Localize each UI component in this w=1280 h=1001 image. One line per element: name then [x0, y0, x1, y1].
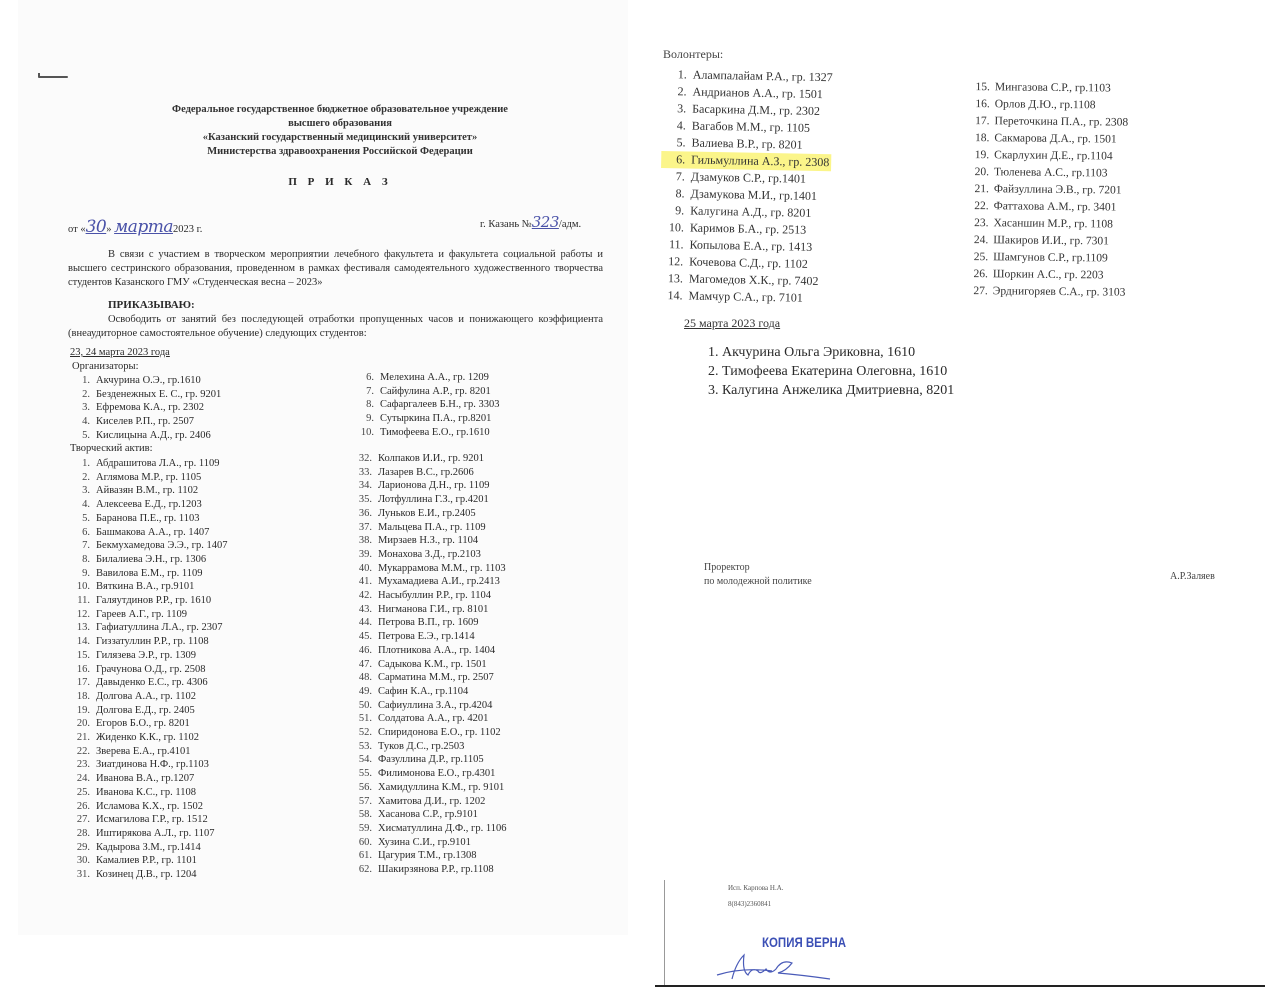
item-number: 14.	[658, 287, 688, 305]
order-title: П Р И К А З	[60, 176, 620, 188]
item-text: Фазуллина Д.Р., гр.1105	[378, 754, 484, 765]
item-text: Мелехина А.А., гр. 1209	[380, 372, 489, 383]
item-text: Андрианов А.А., гр. 1501	[692, 85, 823, 101]
list-item: 26.Исламова К.Х., гр. 1502	[68, 800, 228, 814]
list-item: 36.Луньков Е.И., гр.2405	[350, 507, 506, 521]
organizers-list-2: 6.Мелехина А.А., гр. 12097.Сайфулина А.Р…	[352, 371, 500, 440]
list-item: 45.Петрова Е.Э., гр.1414	[350, 630, 506, 644]
item-text: Хамитова Д.И., гр. 1202	[378, 796, 485, 807]
organizers-list-1: 1.Акчурина О.Э., гр.16102.Безденежных Е.…	[68, 374, 221, 443]
item-number: 46.	[350, 644, 378, 658]
list-item: 21.Файзуллина Э.В., гр. 7201	[967, 181, 1128, 200]
item-text: Копылова Е.А., гр. 1413	[689, 238, 812, 254]
item-text: Киселев Р.П., гр. 2507	[96, 416, 194, 427]
list-item: 32.Колпаков И.И., гр. 9201	[350, 452, 506, 466]
command-heading: ПРИКАЗЫВАЮ:	[108, 299, 195, 311]
item-number: 20.	[967, 164, 994, 181]
item-text: Мальцева П.А., гр. 1109	[378, 522, 486, 533]
item-number: 7.	[352, 385, 380, 399]
item-text: Петрова В.П., гр. 1609	[378, 617, 478, 628]
list-item: 8.Сафаргалеев Б.Н., гр. 3303	[352, 398, 500, 412]
item-text: Камалиев Р.Р., гр. 1101	[96, 855, 197, 866]
item-number: 10.	[660, 219, 690, 237]
item-text: Исламова К.Х., гр. 1502	[96, 801, 203, 812]
item-number: 10.	[68, 580, 96, 594]
item-number: 59.	[350, 822, 378, 836]
item-number: 21.	[68, 731, 96, 745]
date-prefix: от «	[68, 224, 86, 235]
list-item: 22.Фаттахова А.М., гр. 3401	[967, 198, 1128, 217]
item-text: Мирзаев Н.З., гр. 1104	[378, 535, 478, 546]
list-item: 17.Переточкина П.А., гр. 2308	[967, 113, 1128, 132]
item-number: 18.	[68, 690, 96, 704]
dates-23-24-march: 23, 24 марта 2023 года	[70, 347, 170, 358]
item-number: 24.	[966, 232, 993, 249]
list-item: 23.Хасаншин М.Р., гр. 1108	[966, 215, 1127, 234]
item-text: Егоров Б.О., гр. 8201	[96, 718, 190, 729]
list-item: 61.Цагурия Т.М., гр.1308	[350, 849, 506, 863]
item-text: Лазарев В.С., гр.2606	[378, 467, 474, 478]
item-number: 53.	[350, 740, 378, 754]
list-item: 2.Аглямова М.Р., гр. 1105	[68, 471, 228, 485]
item-number: 5.	[68, 429, 96, 443]
item-text: Хасанова С.Р., гр.9101	[378, 809, 478, 820]
list-item: 39.Монахова З.Д., гр.2103	[350, 548, 506, 562]
march-25-list: 1. Акчурина Ольга Эриковна, 16102. Тимоф…	[708, 343, 954, 400]
item-number: 9.	[660, 202, 690, 220]
intro-paragraph: В связи с участием в творческом мероприя…	[68, 248, 603, 290]
item-text: Сафаргалеев Б.Н., гр. 3303	[380, 399, 500, 410]
item-text: Гильмуллина А.З., гр. 2308	[691, 153, 829, 170]
signatory-name: А.Р.Заляев	[1170, 571, 1215, 582]
list-item: 18.Долгова А.А., гр. 1102	[68, 690, 228, 704]
item-text: Дзамуков С.Р., гр.1401	[691, 170, 806, 186]
list-item: 54.Фазуллина Д.Р., гр.1105	[350, 753, 506, 767]
item-number: 61.	[350, 849, 378, 863]
item-number: 32.	[350, 452, 378, 466]
item-number: 8.	[68, 553, 96, 567]
item-number: 47.	[350, 658, 378, 672]
item-text: Акчурина О.Э., гр.1610	[96, 375, 201, 386]
item-text: Давыденко Е.С., гр. 4306	[96, 677, 208, 688]
list-item: 56.Хамидуллина К.М., гр. 9101	[350, 781, 506, 795]
list-item: 34.Ларионова Д.Н., гр. 1109	[350, 479, 506, 493]
item-text: Солдатова А.А., гр. 4201	[378, 713, 488, 724]
item-number: 8.	[660, 185, 690, 203]
item-text: Вавилова Е.М., гр. 1109	[96, 568, 203, 579]
list-item: 2.Безденежных Е. С., гр. 9201	[68, 388, 221, 402]
item-number: 1.	[663, 66, 693, 84]
list-item: 6.Мелехина А.А., гр. 1209	[352, 371, 500, 385]
order-number-handwritten: 323	[532, 213, 559, 231]
item-text: Филимонова Е.О., гр.4301	[378, 768, 495, 779]
item-number: 12.	[68, 608, 96, 622]
item-number: 24.	[68, 772, 96, 786]
item-text: Башмакова А.А., гр. 1407	[96, 527, 209, 538]
executor: Исп. Карпова Н.А.	[728, 884, 784, 892]
list-item: 19.Долгова Е.Д., гр. 2405	[68, 704, 228, 718]
list-item: 59.Хисматуллина Д.Ф., гр. 1106	[350, 822, 506, 836]
list-item: 24.Шакиров И.И., гр. 7301	[966, 232, 1127, 251]
page-edge	[664, 880, 665, 985]
item-number: 29.	[68, 841, 96, 855]
item-text: Вагабов М.М., гр. 1105	[692, 119, 810, 135]
item-number: 25.	[68, 786, 96, 800]
item-number: 33.	[350, 466, 378, 480]
date-day-handwritten: 30	[86, 217, 107, 237]
list-item: 8.Билалиева Э.Н., гр. 1306	[68, 553, 228, 567]
item-number: 25.	[966, 249, 993, 266]
page-bottom-edge	[655, 985, 1265, 987]
item-text: Галяутдинов Р.Р., гр. 1610	[96, 595, 211, 606]
item-text: Насыбуллин Р.Р., гр. 1104	[378, 590, 491, 601]
item-number: 30.	[68, 854, 96, 868]
item-number: 52.	[350, 726, 378, 740]
item-number: 2.	[68, 471, 96, 485]
item-number: 55.	[350, 767, 378, 781]
list-item: 49.Сафин К.А., гр.1104	[350, 685, 506, 699]
list-item: 43.Нигманова Г.И., гр. 8101	[350, 603, 506, 617]
list-item: 37.Мальцева П.А., гр. 1109	[350, 521, 506, 535]
item-text: Зверева Е.А., гр.4101	[96, 746, 191, 757]
item-number: 40.	[350, 562, 378, 576]
item-text: Иванова К.С., гр. 1108	[96, 787, 196, 798]
item-text: Алексеева Е.Д., гр.1203	[96, 499, 202, 510]
list-item: 1. Акчурина Ольга Эриковна, 1610	[708, 343, 954, 362]
item-number: 3.	[68, 401, 96, 415]
release-paragraph: Освободить от занятий без последующей от…	[68, 313, 603, 341]
item-text: Сутыркина П.А., гр.8201	[380, 413, 491, 424]
list-item: 62.Шакирзянова Р.Р., гр.1108	[350, 863, 506, 877]
item-number: 7.	[68, 539, 96, 553]
list-item: 22.Зверева Е.А., гр.4101	[68, 745, 228, 759]
volunteers-list-1: 1.Алампалайам Р.А., гр. 13272.Андрианов …	[658, 66, 832, 307]
item-text: Кадырова З.М., гр.1414	[96, 842, 201, 853]
item-number: 23.	[68, 758, 96, 772]
list-item: 57.Хамитова Д.И., гр. 1202	[350, 795, 506, 809]
item-text: Иштирякова А.Л., гр. 1107	[96, 828, 215, 839]
item-text: Скарлухин Д.Е., гр.1104	[994, 149, 1113, 162]
item-text: Вяткина В.А., гр.9101	[96, 581, 194, 592]
item-number: 51.	[350, 712, 378, 726]
item-number: 19.	[967, 147, 994, 164]
item-text: Билалиева Э.Н., гр. 1306	[96, 554, 206, 565]
item-number: 3.	[662, 100, 692, 118]
item-text: Мукаррамова М.М., гр. 1103	[378, 563, 506, 574]
item-text: Хисматуллина Д.Ф., гр. 1106	[378, 823, 506, 834]
item-text: Орлов Д.Ю., гр.1108	[995, 98, 1096, 111]
list-item: 30.Камалиев Р.Р., гр. 1101	[68, 854, 228, 868]
item-number: 27.	[966, 283, 993, 300]
list-item: 3. Калугина Анжелика Дмитриевна, 8201	[708, 381, 954, 400]
item-number: 45.	[350, 630, 378, 644]
item-text: Долгова А.А., гр. 1102	[96, 691, 196, 702]
item-text: Сафин К.А., гр.1104	[378, 686, 468, 697]
list-item: 55.Филимонова Е.О., гр.4301	[350, 767, 506, 781]
item-number: 12.	[659, 253, 689, 271]
item-text: Тимофеева Е.О., гр.1610	[380, 427, 490, 438]
item-number: 6.	[68, 526, 96, 540]
item-number: 60.	[350, 836, 378, 850]
list-item: 27.Исмагилова Г.Р., гр. 1512	[68, 813, 228, 827]
item-text: Мамчур С.А., гр. 7101	[688, 289, 802, 305]
item-text: Шоркин А.С., гр. 2203	[993, 268, 1104, 281]
item-number: 4.	[68, 415, 96, 429]
item-text: Садыкова К.М., гр. 1501	[378, 659, 487, 670]
list-item: 18.Сакмарова Д.А., гр. 1501	[967, 130, 1128, 149]
item-text: Абдрашитова Л.А., гр. 1109	[96, 458, 220, 469]
item-text: Шакирзянова Р.Р., гр.1108	[378, 864, 494, 875]
item-number: 54.	[350, 753, 378, 767]
list-item: 9.Сутыркина П.А., гр.8201	[352, 412, 500, 426]
item-number: 56.	[350, 781, 378, 795]
list-item: 5.Кислицына А.Д., гр. 2406	[68, 429, 221, 443]
item-text: Безденежных Е. С., гр. 9201	[96, 389, 221, 400]
item-text: Сафиуллина З.А., гр.4204	[378, 700, 492, 711]
item-text: Мухамадиева А.И., гр.2413	[378, 576, 500, 587]
creative-list-1: 1.Абдрашитова Л.А., гр. 11092.Аглямова М…	[68, 457, 228, 882]
item-number: 48.	[350, 671, 378, 685]
list-item: 26.Шоркин А.С., гр. 2203	[966, 266, 1127, 285]
creative-label: Творческий актив:	[70, 443, 153, 454]
signatory-position-2: по молодежной политике	[704, 576, 812, 587]
item-number: 17.	[967, 113, 994, 130]
list-item: 35.Лотфуллина Г.З., гр.4201	[350, 493, 506, 507]
item-text: Лотфуллина Г.З., гр.4201	[378, 494, 489, 505]
item-number: 16.	[968, 96, 995, 113]
item-text: Грачунова О.Д., гр. 2508	[96, 664, 205, 675]
item-number: 19.	[68, 704, 96, 718]
item-number: 6.	[661, 151, 691, 169]
item-number: 39.	[350, 548, 378, 562]
date-25-march: 25 марта 2023 года	[684, 316, 780, 331]
item-text: Спиридонова Е.О., гр. 1102	[378, 727, 501, 738]
item-number: 1.	[68, 457, 96, 471]
list-item: 50.Сафиуллина З.А., гр.4204	[350, 699, 506, 713]
item-number: 36.	[350, 507, 378, 521]
list-item: 60.Хузина С.И., гр.9101	[350, 836, 506, 850]
item-number: 44.	[350, 616, 378, 630]
list-item: 40.Мукаррамова М.М., гр. 1103	[350, 562, 506, 576]
item-number: 22.	[967, 198, 994, 215]
list-item: 41.Мухамадиева А.И., гр.2413	[350, 575, 506, 589]
item-number: 6.	[352, 371, 380, 385]
item-text: Мингазова С.Р., гр.1103	[995, 81, 1111, 94]
list-item: 27.Эрднигоряев С.А., гр. 3103	[966, 283, 1127, 302]
item-number: 28.	[68, 827, 96, 841]
item-number: 34.	[350, 479, 378, 493]
item-number: 3.	[68, 484, 96, 498]
item-text: Фаттахова А.М., гр. 3401	[994, 200, 1117, 213]
list-item: 9.Вавилова Е.М., гр. 1109	[68, 567, 228, 581]
item-text: Переточкина П.А., гр. 2308	[994, 115, 1128, 128]
item-text: Исмагилова Г.Р., гр. 1512	[96, 814, 208, 825]
city-label: г. Казань №	[480, 219, 532, 230]
list-item: 44.Петрова В.П., гр. 1609	[350, 616, 506, 630]
item-number: 7.	[661, 168, 691, 186]
institution-line-2: высшего образования	[60, 118, 620, 129]
item-number: 49.	[350, 685, 378, 699]
item-number: 50.	[350, 699, 378, 713]
item-text: Сайфулина А.Р., гр. 8201	[380, 386, 491, 397]
item-number: 2.	[68, 388, 96, 402]
item-text: Цагурия Т.М., гр.1308	[378, 850, 477, 861]
item-number: 57.	[350, 795, 378, 809]
item-text: Эрднигоряев С.А., гр. 3103	[993, 285, 1126, 298]
item-number: 58.	[350, 808, 378, 822]
list-item: 53.Туков Д.С., гр.2503	[350, 740, 506, 754]
list-item: 1.Абдрашитова Л.А., гр. 1109	[68, 457, 228, 471]
institution-line-1: Федеральное государственное бюджетное об…	[60, 104, 620, 115]
list-item: 11.Галяутдинов Р.Р., гр. 1610	[68, 594, 228, 608]
list-item: 16.Орлов Д.Ю., гр.1108	[968, 96, 1129, 115]
list-item: 28.Иштирякова А.Л., гр. 1107	[68, 827, 228, 841]
list-item: 15.Мингазова С.Р., гр.1103	[968, 79, 1129, 98]
list-item: 46.Плотникова А.А., гр. 1404	[350, 644, 506, 658]
list-item: 20.Егоров Б.О., гр. 8201	[68, 717, 228, 731]
item-text: Долгова Е.Д., гр. 2405	[96, 705, 195, 716]
item-number: 4.	[68, 498, 96, 512]
item-number: 17.	[68, 676, 96, 690]
item-text: Тюленева А.С., гр.1103	[994, 166, 1108, 179]
list-item: 23.Зиатдинова Н.Ф., гр.1103	[68, 758, 228, 772]
item-number: 15.	[968, 79, 995, 96]
volunteers-list-2: 15.Мингазова С.Р., гр.110316.Орлов Д.Ю.,…	[966, 79, 1129, 302]
item-text: Басаркина Д.М., гр. 2302	[692, 102, 820, 118]
item-text: Монахова З.Д., гр.2103	[378, 549, 481, 560]
list-item: 31.Козинец Д.В., гр. 1204	[68, 868, 228, 882]
list-item: 21.Жиденко К.К., гр. 1102	[68, 731, 228, 745]
item-text: Сарматина М.М., гр. 2507	[378, 672, 494, 683]
signatory-position-1: Проректор	[704, 562, 750, 573]
item-text: Хасаншин М.Р., гр. 1108	[993, 217, 1113, 230]
list-item: 2. Тимофеева Екатерина Олеговна, 1610	[708, 362, 954, 381]
list-item: 4.Киселев Р.П., гр. 2507	[68, 415, 221, 429]
list-item: 1.Акчурина О.Э., гр.1610	[68, 374, 221, 388]
list-item: 19.Скарлухин Д.Е., гр.1104	[967, 147, 1128, 166]
item-text: Луньков Е.И., гр.2405	[378, 508, 476, 519]
item-text: Аглямова М.Р., гр. 1105	[96, 472, 201, 483]
item-text: Файзуллина Э.В., гр. 7201	[994, 183, 1122, 196]
item-text: Гиззатуллин Р.Р., гр. 1108	[96, 636, 209, 647]
item-number: 4.	[662, 117, 692, 135]
item-text: Ефремова К.А., гр. 2302	[96, 402, 204, 413]
item-number: 31.	[68, 868, 96, 882]
item-number: 26.	[68, 800, 96, 814]
list-item: 20.Тюленева А.С., гр.1103	[967, 164, 1128, 183]
item-text: Шамгунов С.Р., гр.1109	[993, 251, 1108, 264]
list-item: 4.Алексеева Е.Д., гр.1203	[68, 498, 228, 512]
item-text: Бекмухамедова Э.Э., гр. 1407	[96, 540, 228, 551]
list-item: 10.Тимофеева Е.О., гр.1610	[352, 426, 500, 440]
item-text: Дзамукова М.И., гр.1401	[690, 187, 817, 203]
item-number: 41.	[350, 575, 378, 589]
item-number: 22.	[68, 745, 96, 759]
institution-line-3: «Казанский государственный медицинский у…	[60, 132, 620, 143]
item-number: 18.	[967, 130, 994, 147]
list-item: 13.Гафиатуллина Л.А., гр. 2307	[68, 621, 228, 635]
list-item: 25.Шамгунов С.Р., гр.1109	[966, 249, 1127, 268]
item-text: Нигманова Г.И., гр. 8101	[378, 604, 488, 615]
list-item: 17.Давыденко Е.С., гр. 4306	[68, 676, 228, 690]
list-item: 48.Сарматина М.М., гр. 2507	[350, 671, 506, 685]
item-number: 35.	[350, 493, 378, 507]
item-text: Петрова Е.Э., гр.1414	[378, 631, 475, 642]
list-item: 14.Мамчур С.А., гр. 7101	[658, 287, 828, 307]
item-text: Хузина С.И., гр.9101	[378, 837, 471, 848]
list-item: 16.Грачунова О.Д., гр. 2508	[68, 663, 228, 677]
item-text: Туков Д.С., гр.2503	[378, 741, 464, 752]
item-text: Колпаков И.И., гр. 9201	[378, 453, 484, 464]
list-item: 29.Кадырова З.М., гр.1414	[68, 841, 228, 855]
list-item: 14.Гиззатуллин Р.Р., гр. 1108	[68, 635, 228, 649]
volunteers-label: Волонтеры:	[663, 47, 723, 62]
list-item: 24.Иванова В.А., гр.1207	[68, 772, 228, 786]
item-text: Козинец Д.В., гр. 1204	[96, 869, 197, 880]
item-text: Каримов Б.А., гр. 2513	[690, 221, 807, 237]
order-number: г. Казань №323/адм.	[480, 213, 581, 231]
signature-icon	[712, 945, 852, 985]
item-text: Ларионова Д.Н., гр. 1109	[378, 480, 490, 491]
item-text: Кочевова С.Д., гр. 1102	[689, 255, 808, 271]
list-item: 3.Айвазян В.М., гр. 1102	[68, 484, 228, 498]
executor-phone: 8(843)2360841	[728, 900, 771, 908]
list-item: 7.Сайфулина А.Р., гр. 8201	[352, 385, 500, 399]
item-number: 21.	[967, 181, 994, 198]
item-text: Сакмарова Д.А., гр. 1501	[994, 132, 1116, 145]
item-number: 5.	[68, 512, 96, 526]
item-text: Алампалайам Р.А., гр. 1327	[693, 68, 833, 85]
order-number-suffix: /адм.	[559, 219, 581, 230]
item-number: 2.	[662, 83, 692, 101]
item-number: 23.	[966, 215, 993, 232]
item-text: Кислицына А.Д., гр. 2406	[96, 430, 211, 441]
list-item: 10.Вяткина В.А., гр.9101	[68, 580, 228, 594]
list-item: 15.Гилязева Э.Р., гр. 1309	[68, 649, 228, 663]
item-text: Калугина А.Д., гр. 8201	[690, 204, 811, 220]
list-item: 5.Баранова П.Е., гр. 1103	[68, 512, 228, 526]
item-text: Баранова П.Е., гр. 1103	[96, 513, 200, 524]
item-number: 27.	[68, 813, 96, 827]
order-date: от «30» марта2023 г.	[68, 217, 202, 237]
item-number: 62.	[350, 863, 378, 877]
list-item: 33.Лазарев В.С., гр.2606	[350, 466, 506, 480]
item-number: 9.	[68, 567, 96, 581]
item-text: Гафиатуллина Л.А., гр. 2307	[96, 622, 223, 633]
item-number: 26.	[966, 266, 993, 283]
item-number: 11.	[68, 594, 96, 608]
item-text: Шакиров И.И., гр. 7301	[993, 234, 1109, 247]
list-item: 7.Бекмухамедова Э.Э., гр. 1407	[68, 539, 228, 553]
date-mid: »	[106, 224, 114, 235]
item-number: 9.	[352, 412, 380, 426]
institution-line-4: Министерства здравоохранения Российской …	[60, 146, 620, 157]
list-item: 42.Насыбуллин Р.Р., гр. 1104	[350, 589, 506, 603]
item-number: 14.	[68, 635, 96, 649]
item-number: 15.	[68, 649, 96, 663]
item-number: 38.	[350, 534, 378, 548]
list-item: 6.Башмакова А.А., гр. 1407	[68, 526, 228, 540]
list-item: 47.Садыкова К.М., гр. 1501	[350, 658, 506, 672]
item-number: 13.	[659, 270, 689, 288]
scan-mark	[38, 76, 68, 78]
item-number: 11.	[659, 236, 689, 254]
item-text: Хамидуллина К.М., гр. 9101	[378, 782, 504, 793]
item-number: 42.	[350, 589, 378, 603]
item-text: Плотникова А.А., гр. 1404	[378, 645, 495, 656]
list-item: 38.Мирзаев Н.З., гр. 1104	[350, 534, 506, 548]
item-text: Валиева В.Р., гр. 8201	[691, 136, 802, 152]
